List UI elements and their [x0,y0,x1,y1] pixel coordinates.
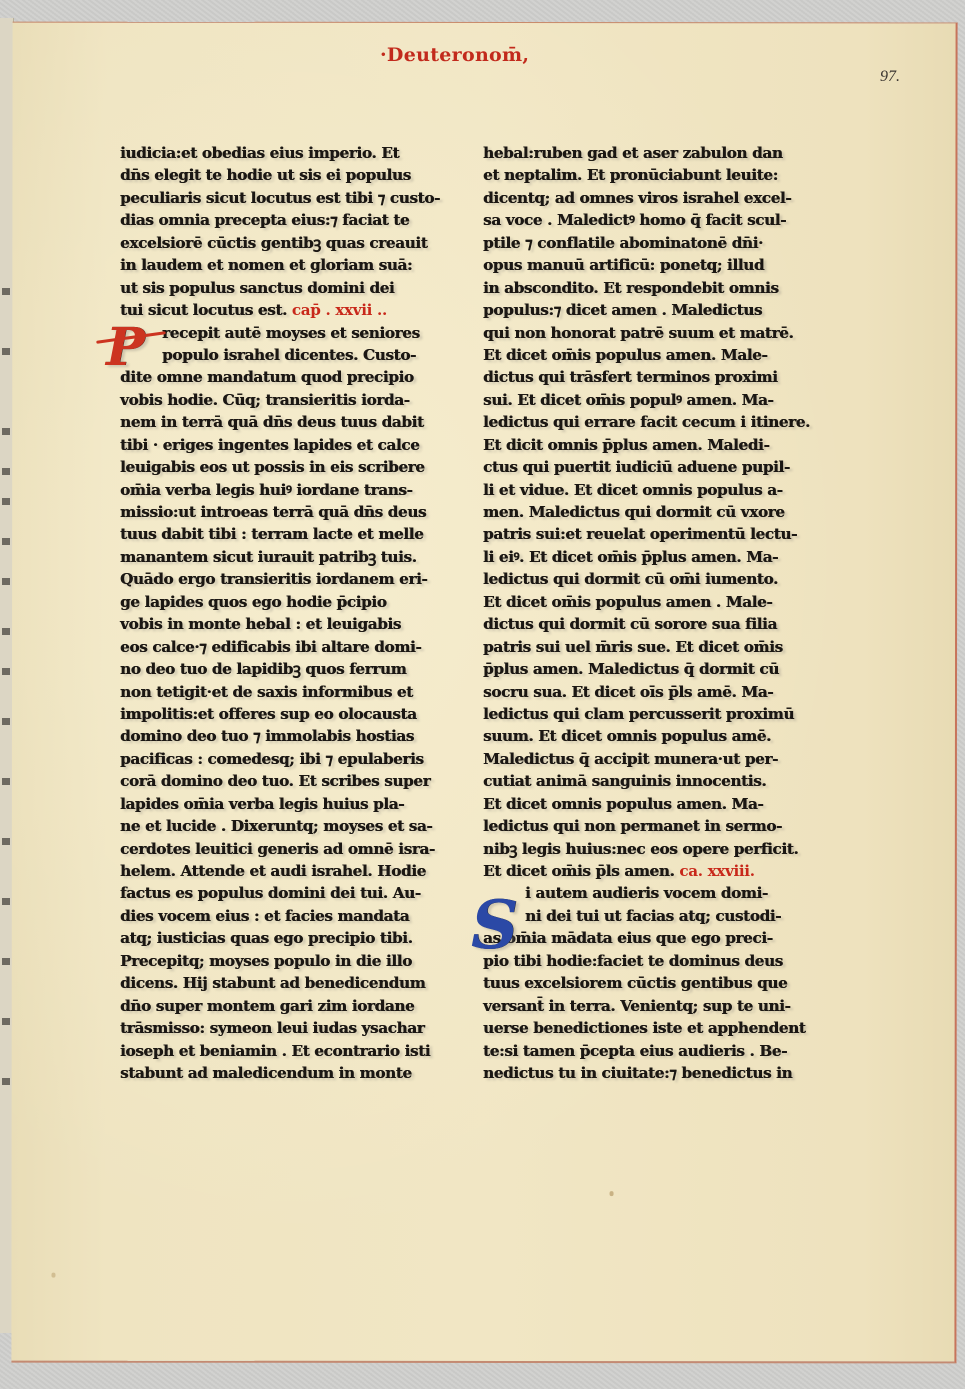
text-line: domino deo tuo ⁊ immolabis hostias [120,725,420,747]
text-line: versant̄ in terra. Venientq; sup te uni- [483,995,768,1017]
text-line: men. Maledictus qui dormit cū vxore [483,501,768,523]
text-line: sui. Et dicet om̄is populꝰ amen. Ma- [483,389,768,411]
text-line: dn̄s elegit te hodie ut sis ei populus [120,164,420,186]
drop-initial-p: P [106,326,166,370]
text-line: populus:⁊ dicet amen . Maledictus [483,299,768,321]
text-line: ptile ⁊ conflatile abominatonē dn̄i· [483,232,768,254]
text-segment: tui sicut locutus est. [120,301,287,319]
text-line: dies vocem eius : et facies mandata [120,905,420,927]
text-line: dicens. Hij stabunt ad benedicendum [120,972,420,994]
text-line: suum. Et dicet omnis populus amē. [483,725,768,747]
text-line: eos calce·⁊ edificabis ibi altare domi- [120,636,420,658]
text-line: hebal:ruben gad et aser zabulon dan [483,142,768,164]
text-line: nibꝫ legis huius:nec eos opere perficit. [483,838,768,860]
text-line: ledictus qui dormit cū om̄i iumento. [483,568,768,590]
text-line: cutiat animā sanguinis innocentis. [483,770,768,792]
text-line: non tetigit·et de saxis informibus et [120,681,420,703]
text-line: vobis hodie. Cūq; transieritis iorda- [120,389,420,411]
text-line: ni dei tui ut facias atq; custodi- [483,905,768,927]
text-line: helem. Attende et audi israhel. Hodie [120,860,420,882]
text-line: opus manuū artificū: ponetq; illud [483,254,768,276]
text-line: ge lapides quos ego hodie p̄cipio [120,591,420,613]
text-line: leuigabis eos ut possis in eis scribere [120,456,420,478]
text-line: ledictus qui non permanet in sermo- [483,815,768,837]
text-line: tibi · eriges ingentes lapides et calce [120,434,420,456]
text-line: no deo tuo de lapidibꝫ quos ferrum [120,658,420,680]
text-line: pacificas : comedesq; ibi ⁊ epulaberis [120,748,420,770]
text-line: dictus qui trāsfert terminos proximi [483,366,768,388]
text-line: tuus excelsiorem cūctis gentibus que [483,972,768,994]
text-line: i autem audieris vocem domi- [483,882,768,904]
text-line: vobis in monte hebal : et leuigabis [120,613,420,635]
text-line: nem in terrā quā dn̄s deus tuus dabit [120,411,420,433]
text-line: p̄plus amen. Maledictus q̄ dormit cū [483,658,768,680]
folio-number: 97. [880,68,900,86]
text-line: et neptalim. Et pronūciabunt leuite: [483,164,768,186]
text-line: excelsiorē cūctis gentibꝫ quas creauit [120,232,420,254]
text-line: patris sui:et reuelat operimentū lectu- [483,523,768,545]
text-line: Quādo ergo transieritis iordanem eri- [120,568,420,590]
text-line: missio:ut introeas terrā quā dn̄s deus [120,501,420,523]
drop-initial-s: S [471,892,521,972]
text-line: cerdotes leuitici generis ad omnē isra- [120,838,420,860]
text-line: li et vidue. Et dicet omnis populus a- [483,479,768,501]
text-line: trāsmisso: symeon leui iudas ysachar [120,1017,420,1039]
text-line: tui sicut locutus est. cap̄ . xxvii .. [120,299,420,321]
text-line: ne et lucide . Dixeruntq; moyses et sa- [120,815,420,837]
text-line: ledictus qui clam percusserit proximū [483,703,768,725]
text-line: tuus dabit tibi : terram lacte et melle [120,523,420,545]
text-line: corā domino deo tuo. Et scribes super [120,770,420,792]
text-line: lapides om̄ia verba legis huius pla- [120,793,420,815]
chapter-rubric: cap̄ . xxvii .. [292,301,387,319]
text-line: qui non honorat patrē suum et matrē. [483,322,768,344]
text-line: ctus qui puertit iudiciū aduene pupil- [483,456,768,478]
right-column: hebal:ruben gad et aser zabulon dan et n… [483,142,768,1084]
text-line: factus es populus domini dei tui. Au- [120,882,420,904]
text-line: li eiꝰ. Et dicet om̄is p̄plus amen. Ma- [483,546,768,568]
text-line: peculiaris sicut locutus est tibi ⁊ cust… [120,187,420,209]
text-line: stabunt ad maledicendum in monte [120,1062,420,1084]
text-line: Et dicet om̄is populus amen . Male- [483,591,768,613]
text-line: patris sui uel m̄ris sue. Et dicet om̄is [483,636,768,658]
text-line: iudicia:et obedias eius imperio. Et [120,142,420,164]
text-line: dicentq; ad omnes viros israhel excel- [483,187,768,209]
running-head: ·Deuteronom̄, [380,44,520,66]
text-line: Et dicet omnis populus amen. Ma- [483,793,768,815]
text-line: Et dicet om̄is populus amen. Male- [483,344,768,366]
text-line: dictus qui dormit cū sorore sua filia [483,613,768,635]
text-line: in laudem et nomen et gloriam suā: [120,254,420,276]
text-line: dias omnia precepta eius:⁊ faciat te [120,209,420,231]
text-line: manantem sicut iurauit patribꝫ tuis. [120,546,420,568]
text-line: atq; iusticias quas ego precipio tibi. [120,927,420,949]
text-line: nedictus tu in ciuitate:⁊ benedictus in [483,1062,768,1084]
text-line: sa voce . Maledictꝰ homo q̄ facit scul- [483,209,768,231]
text-line: ledictus qui errare facit cecum i itiner… [483,411,768,433]
text-line: te:si tamen p̄cepta eius audieris . Be- [483,1040,768,1062]
left-column: iudicia:et obedias eius imperio. Et dn̄s… [120,142,420,1084]
text-line: pio tibi hodie:faciet te dominus deus [483,950,768,972]
text-line: ut sis populus sanctus domini dei [120,277,420,299]
text-line: as om̄ia mādata eius que ego preci- [483,927,768,949]
text-line: Et dicet om̄is p̄ls amen. ca. xxviii. [483,860,768,882]
text-line: ioseph et beniamin . Et econtrario isti [120,1040,420,1062]
text-segment: Et dicet om̄is p̄ls amen. [483,862,674,880]
text-line: impolitis:et offeres sup eo olocausta [120,703,420,725]
text-line: dn̄o super montem gari zim iordane [120,995,420,1017]
chapter-rubric: ca. xxviii. [679,862,754,880]
text-line: Precepitq; moyses populo in die illo [120,950,420,972]
text-line: socru sua. Et dicet oīs p̄ls amē. Ma- [483,681,768,703]
text-line: Et dicit omnis p̄plus amen. Maledi- [483,434,768,456]
text-line: uerse benedictiones iste et apphendent [483,1017,768,1039]
text-line: Maledictus q̄ accipit munera·ut per- [483,748,768,770]
text-line: in abscondito. Et respondebit omnis [483,277,768,299]
text-line: om̄ia verba legis huiꝰ iordane trans- [120,479,420,501]
